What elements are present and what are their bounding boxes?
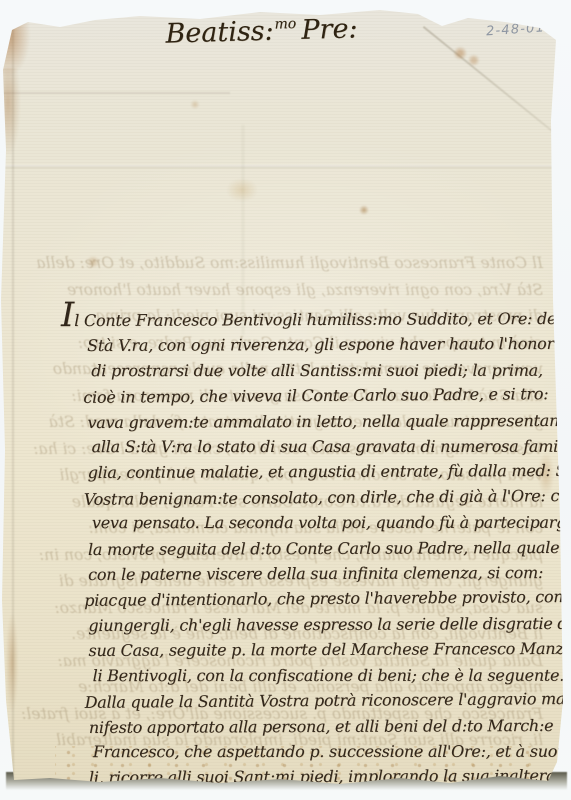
manuscript-line: Il Conte Francesco Bentivogli humiliss:m…	[61, 300, 564, 334]
heading-word2: Pre:	[301, 13, 358, 46]
manuscript-line: la morte seguita del d:to Conte Carlo su…	[88, 535, 565, 562]
ghost-line: Il Conte Francesco Bentivogli humiliss:m…	[4, 250, 543, 277]
manuscript-line: Vostra benignam:te consolato, con dirle,…	[84, 483, 565, 512]
manuscript-line: Stà V.ra, con ogni riverenza, gli espone…	[87, 331, 564, 358]
manuscript-line: Dalla quale la Santità Vostra potrà rico…	[85, 686, 566, 715]
manuscript-line: piacque d'intentionarlo, che presto l'ha…	[84, 585, 565, 614]
heading-superscript: mo	[274, 17, 296, 34]
stain	[0, 68, 20, 154]
fold-crease	[0, 92, 230, 94]
paper-sheet: 2-48-013 Beatiss:moPre: Il Conte Frances…	[0, 0, 571, 800]
stain	[359, 205, 369, 215]
scanned-document: 2-48-013 Beatiss:moPre: Il Conte Frances…	[0, 0, 571, 800]
fold-crease	[0, 165, 571, 168]
manuscript-line: Francesco, che aspettando p. successione…	[93, 739, 566, 765]
stain	[190, 100, 200, 109]
manuscript-body: Il Conte Francesco Bentivogli humiliss:m…	[61, 300, 566, 791]
manuscript-line: glia, continue malatie, et angustia di e…	[88, 458, 565, 485]
manuscript-line: cioè in tempo, che viveva il Conte Carlo…	[83, 381, 564, 410]
manuscript-line: sua Casa, seguite p. la morte del Marche…	[88, 636, 565, 663]
manuscript-line: li Bentivogli, con la confiscatione di b…	[93, 662, 566, 688]
fold-crease	[423, 26, 571, 153]
stain	[226, 178, 258, 202]
stain	[450, 42, 484, 70]
manuscript-line: alla S:tà V:ra lo stato di sua Casa grav…	[92, 434, 565, 460]
heading-salutation: Beatiss:moPre:	[0, 8, 547, 55]
manuscript-line: veva pensato. La seconda volta poi, quan…	[92, 510, 565, 536]
manuscript-line: nifesto apportato alla persona, et alli …	[89, 712, 566, 739]
manuscript-line: con le paterne viscere della sua infinit…	[88, 560, 565, 587]
ghost-line: Stà V.ra, con ogni riverenza, gli espone…	[4, 277, 543, 304]
heading-word1: Beatiss:	[165, 16, 274, 50]
manuscript-line: di prostrarsi due volte alli Santiss:mi …	[91, 358, 564, 384]
manuscript-line: vava gravem:te ammalato in letto, nella …	[87, 408, 564, 435]
manuscript-line: giungergli, ch'egli havesse espresso la …	[88, 611, 565, 638]
